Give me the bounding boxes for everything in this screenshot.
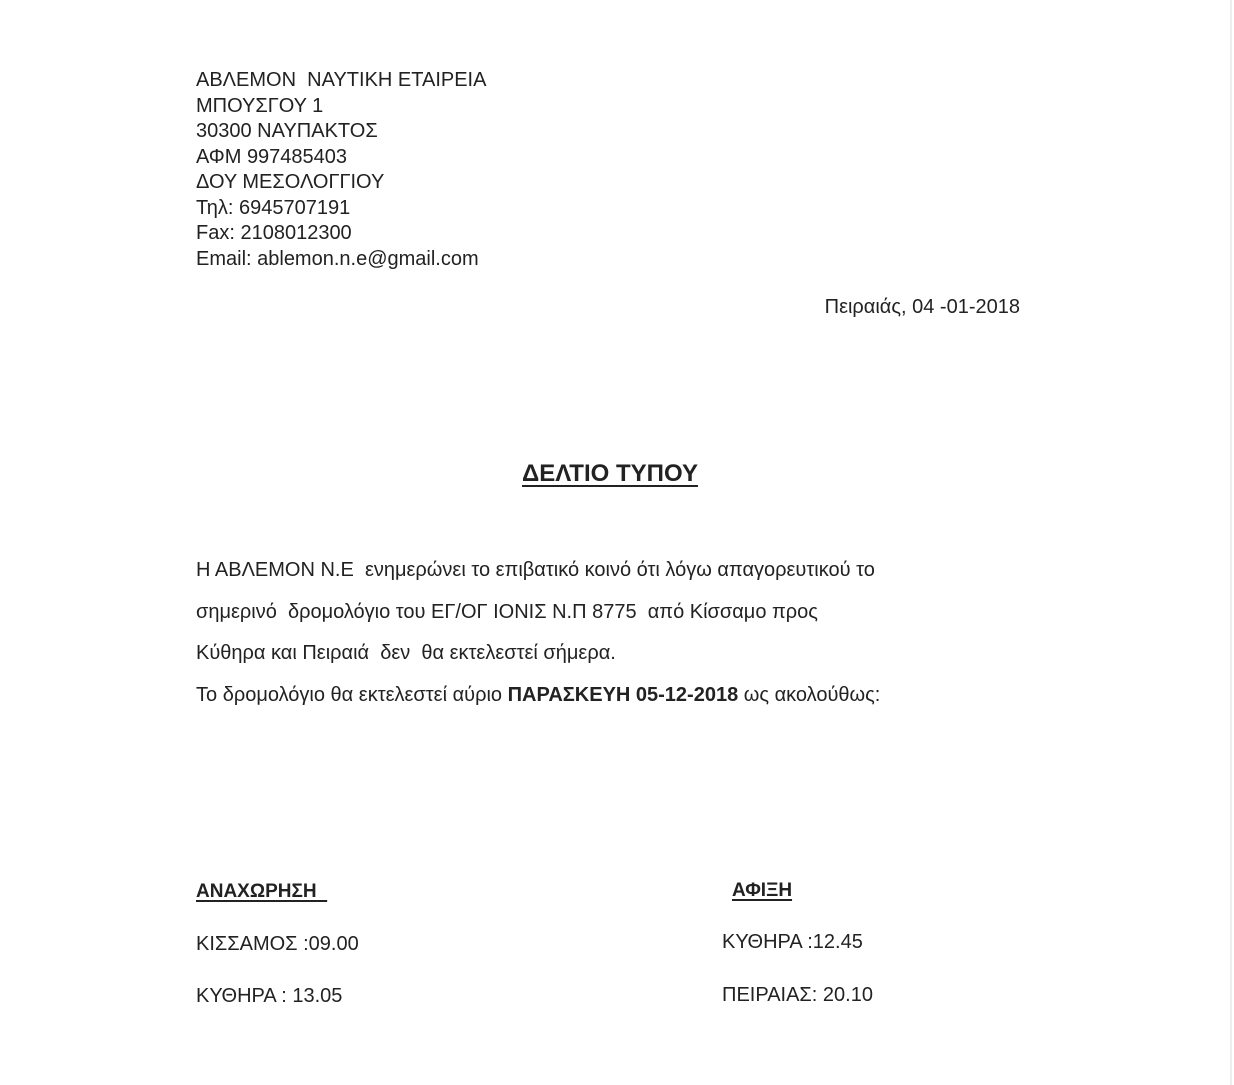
departure-heading: ΑΝΑΧΩΡΗΣΗ [196,881,327,903]
company-vat: ΑΦΜ 997485403 [196,145,486,171]
body-line-3: Κύθηρα και Πειραιά δεν θα εκτελεστεί σήμ… [196,633,880,675]
arrival-heading: ΑΦΙΞΗ [732,880,792,902]
arrival-row: ΠΕΙΡΑΙΑΣ: 20.10 [722,984,873,1007]
body-line-4-prefix: Το δρομολόγιο θα εκτελεστεί αύριο [196,684,508,706]
body-line-1: Η ΑΒΛΕΜΟΝ Ν.Ε ενημερώνει το επιβατικό κο… [196,550,880,592]
departure-schedule: ΑΝΑΧΩΡΗΣΗ ΚΙΣΣΑΜΟΣ :09.00 ΚΥΘΗΡΑ : 13.05 [196,881,327,903]
company-phone: Τηλ: 6945707191 [196,196,486,222]
company-name: ΑΒΛΕΜΟΝ ΝΑΥΤΙΚΗ ΕΤΑΙΡΕΙΑ [196,68,486,94]
departure-row: ΚΙΣΣΑΜΟΣ :09.00 [196,933,359,956]
departure-row: ΚΥΘΗΡΑ : 13.05 [196,985,342,1008]
company-street: ΜΠΟΥΣΓΟΥ 1 [196,94,486,120]
document-title: ΔΕΛΤΙΟ ΤΥΠΟΥ [0,460,1220,488]
body-line-2: σημερινό δρομολόγιο του ΕΓ/ΟΓ ΙΟΝΙΣ Ν.Π … [196,592,880,634]
announcement-body: Η ΑΒΛΕΜΟΝ Ν.Ε ενημερώνει το επιβατικό κο… [196,550,880,716]
arrival-row: ΚΥΘΗΡΑ :12.45 [722,931,873,954]
company-fax: Fax: 2108012300 [196,221,486,247]
arrival-schedule: ΚΥΘΗΡΑ :12.45 ΠΕΙΡΑΙΑΣ: 20.10 [722,931,873,1007]
document-date: Πειραιάς, 04 -01-2018 [825,296,1020,319]
company-email: Email: ablemon.n.e@gmail.com [196,247,486,273]
arrival-heading-block: ΑΦΙΞΗ [732,880,792,902]
company-tax-office: ΔΟΥ ΜΕΣΟΛΟΓΓΙΟΥ [196,170,486,196]
page-edge [1230,0,1232,1085]
reschedule-date: ΠΑΡΑΣΚΕΥΗ 05-12-2018 [508,684,739,706]
company-city: 30300 ΝΑΥΠΑΚΤΟΣ [196,119,486,145]
body-line-4: Το δρομολόγιο θα εκτελεστεί αύριο ΠΑΡΑΣΚ… [196,675,880,717]
body-line-4-suffix: ως ακολούθως: [738,684,880,706]
letterhead: ΑΒΛΕΜΟΝ ΝΑΥΤΙΚΗ ΕΤΑΙΡΕΙΑ ΜΠΟΥΣΓΟΥ 1 3030… [196,68,486,272]
